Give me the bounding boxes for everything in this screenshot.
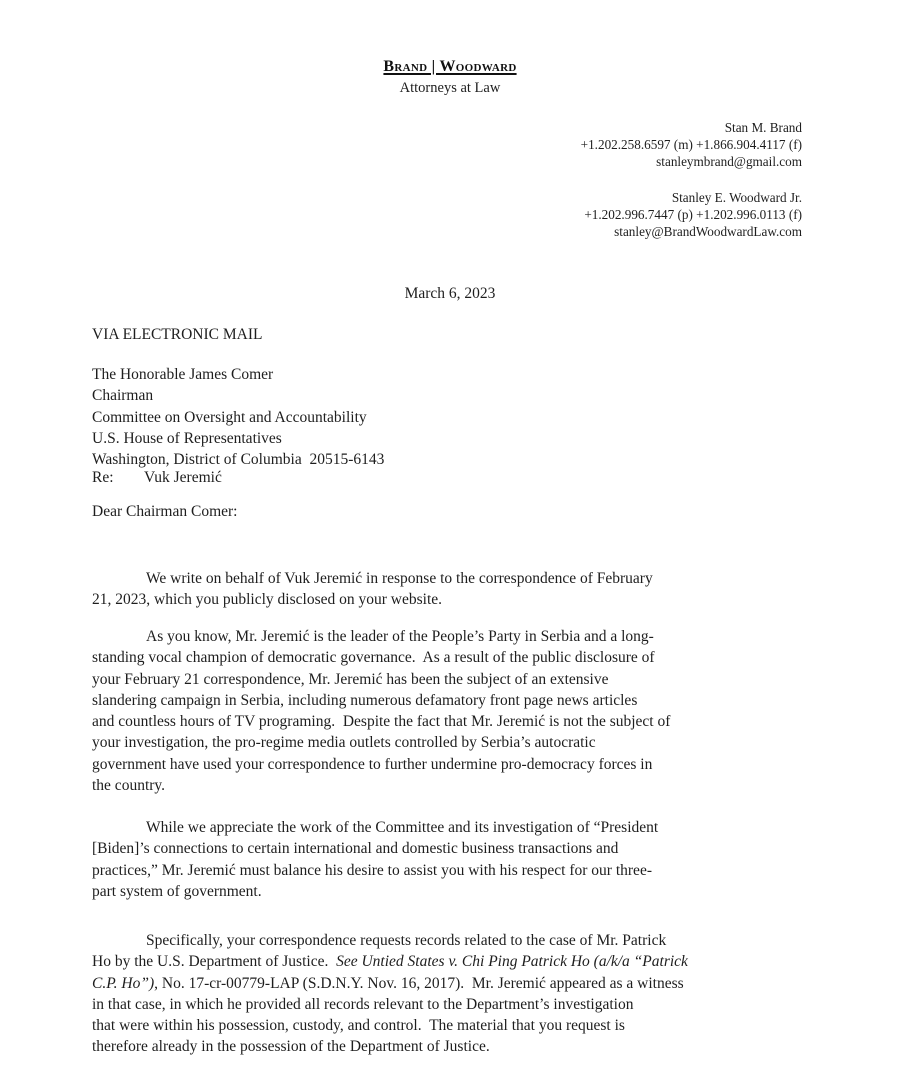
text-line: standing vocal champion of democratic go…	[92, 647, 812, 668]
paragraph-3: While we appreciate the work of the Comm…	[92, 817, 812, 902]
contact-block-woodward: Stanley E. Woodward Jr. +1.202.996.7447 …	[584, 189, 802, 240]
contact-email: stanley@BrandWoodwardLaw.com	[584, 223, 802, 240]
text-line: part system of government.	[92, 881, 812, 902]
text-line: We write on behalf of Vuk Jeremić in res…	[92, 568, 812, 589]
contact-email: stanleymbrand@gmail.com	[581, 153, 802, 170]
paragraph-1: We write on behalf of Vuk Jeremić in res…	[92, 568, 812, 611]
firm-subtitle: Attorneys at Law	[0, 80, 900, 97]
contact-phones: +1.202.258.6597 (m) +1.866.904.4117 (f)	[581, 136, 802, 153]
text-run: , No. 17-cr-00779-LAP (S.D.N.Y. Nov. 16,…	[154, 975, 683, 992]
recipient-line: U.S. House of Representatives	[92, 428, 384, 449]
paragraph-2: As you know, Mr. Jeremić is the leader o…	[92, 626, 812, 796]
text-line: slandering campaign in Serbia, including…	[92, 690, 812, 711]
text-line: the country.	[92, 775, 812, 796]
letter-page: Brand | Woodward Attorneys at Law Stan M…	[0, 0, 900, 1087]
text-line: in that case, in which he provided all r…	[92, 994, 812, 1015]
recipient-line: The Honorable James Comer	[92, 364, 384, 385]
text-line: your February 21 correspondence, Mr. Jer…	[92, 669, 812, 690]
contact-name: Stanley E. Woodward Jr.	[584, 189, 802, 206]
recipient-address: The Honorable James Comer Chairman Commi…	[92, 364, 384, 470]
text-line: 21, 2023, which you publicly disclosed o…	[92, 589, 812, 610]
contact-block-brand: Stan M. Brand +1.202.258.6597 (m) +1.866…	[581, 119, 802, 170]
text-line: and countless hours of TV programing. De…	[92, 711, 812, 732]
text-line: Ho by the U.S. Department of Justice. Se…	[92, 951, 812, 972]
re-line: Re:Vuk Jeremić	[92, 467, 222, 488]
re-label: Re:	[92, 467, 144, 488]
text-line: therefore already in the possession of t…	[92, 1036, 812, 1057]
text-line: Specifically, your correspondence reques…	[92, 930, 812, 951]
letter-date: March 6, 2023	[0, 285, 900, 303]
text-line: government have used your correspondence…	[92, 754, 812, 775]
letterhead: Brand | Woodward Attorneys at Law	[0, 58, 900, 97]
case-citation: C.P. Ho”)	[92, 975, 154, 992]
case-citation: See Untied States v. Chi Ping Patrick Ho…	[336, 953, 688, 970]
contact-name: Stan M. Brand	[581, 119, 802, 136]
text-line: practices,” Mr. Jeremić must balance his…	[92, 860, 812, 881]
salutation: Dear Chairman Comer:	[92, 501, 237, 522]
text-line: C.P. Ho”), No. 17-cr-00779-LAP (S.D.N.Y.…	[92, 973, 812, 994]
text-run: Ho by the U.S. Department of Justice.	[92, 953, 336, 970]
text-line: As you know, Mr. Jeremić is the leader o…	[92, 626, 812, 647]
contact-phones: +1.202.996.7447 (p) +1.202.996.0113 (f)	[584, 206, 802, 223]
recipient-line: Chairman	[92, 385, 384, 406]
text-line: that were within his possession, custody…	[92, 1015, 812, 1036]
paragraph-4: Specifically, your correspondence reques…	[92, 930, 812, 1058]
text-line: [Biden]’s connections to certain interna…	[92, 838, 812, 859]
recipient-line: Committee on Oversight and Accountabilit…	[92, 407, 384, 428]
text-line: your investigation, the pro-regime media…	[92, 732, 812, 753]
re-subject: Vuk Jeremić	[144, 469, 222, 486]
delivery-method: VIA ELECTRONIC MAIL	[92, 324, 263, 345]
firm-name: Brand | Woodward	[0, 58, 900, 76]
text-line: While we appreciate the work of the Comm…	[92, 817, 812, 838]
